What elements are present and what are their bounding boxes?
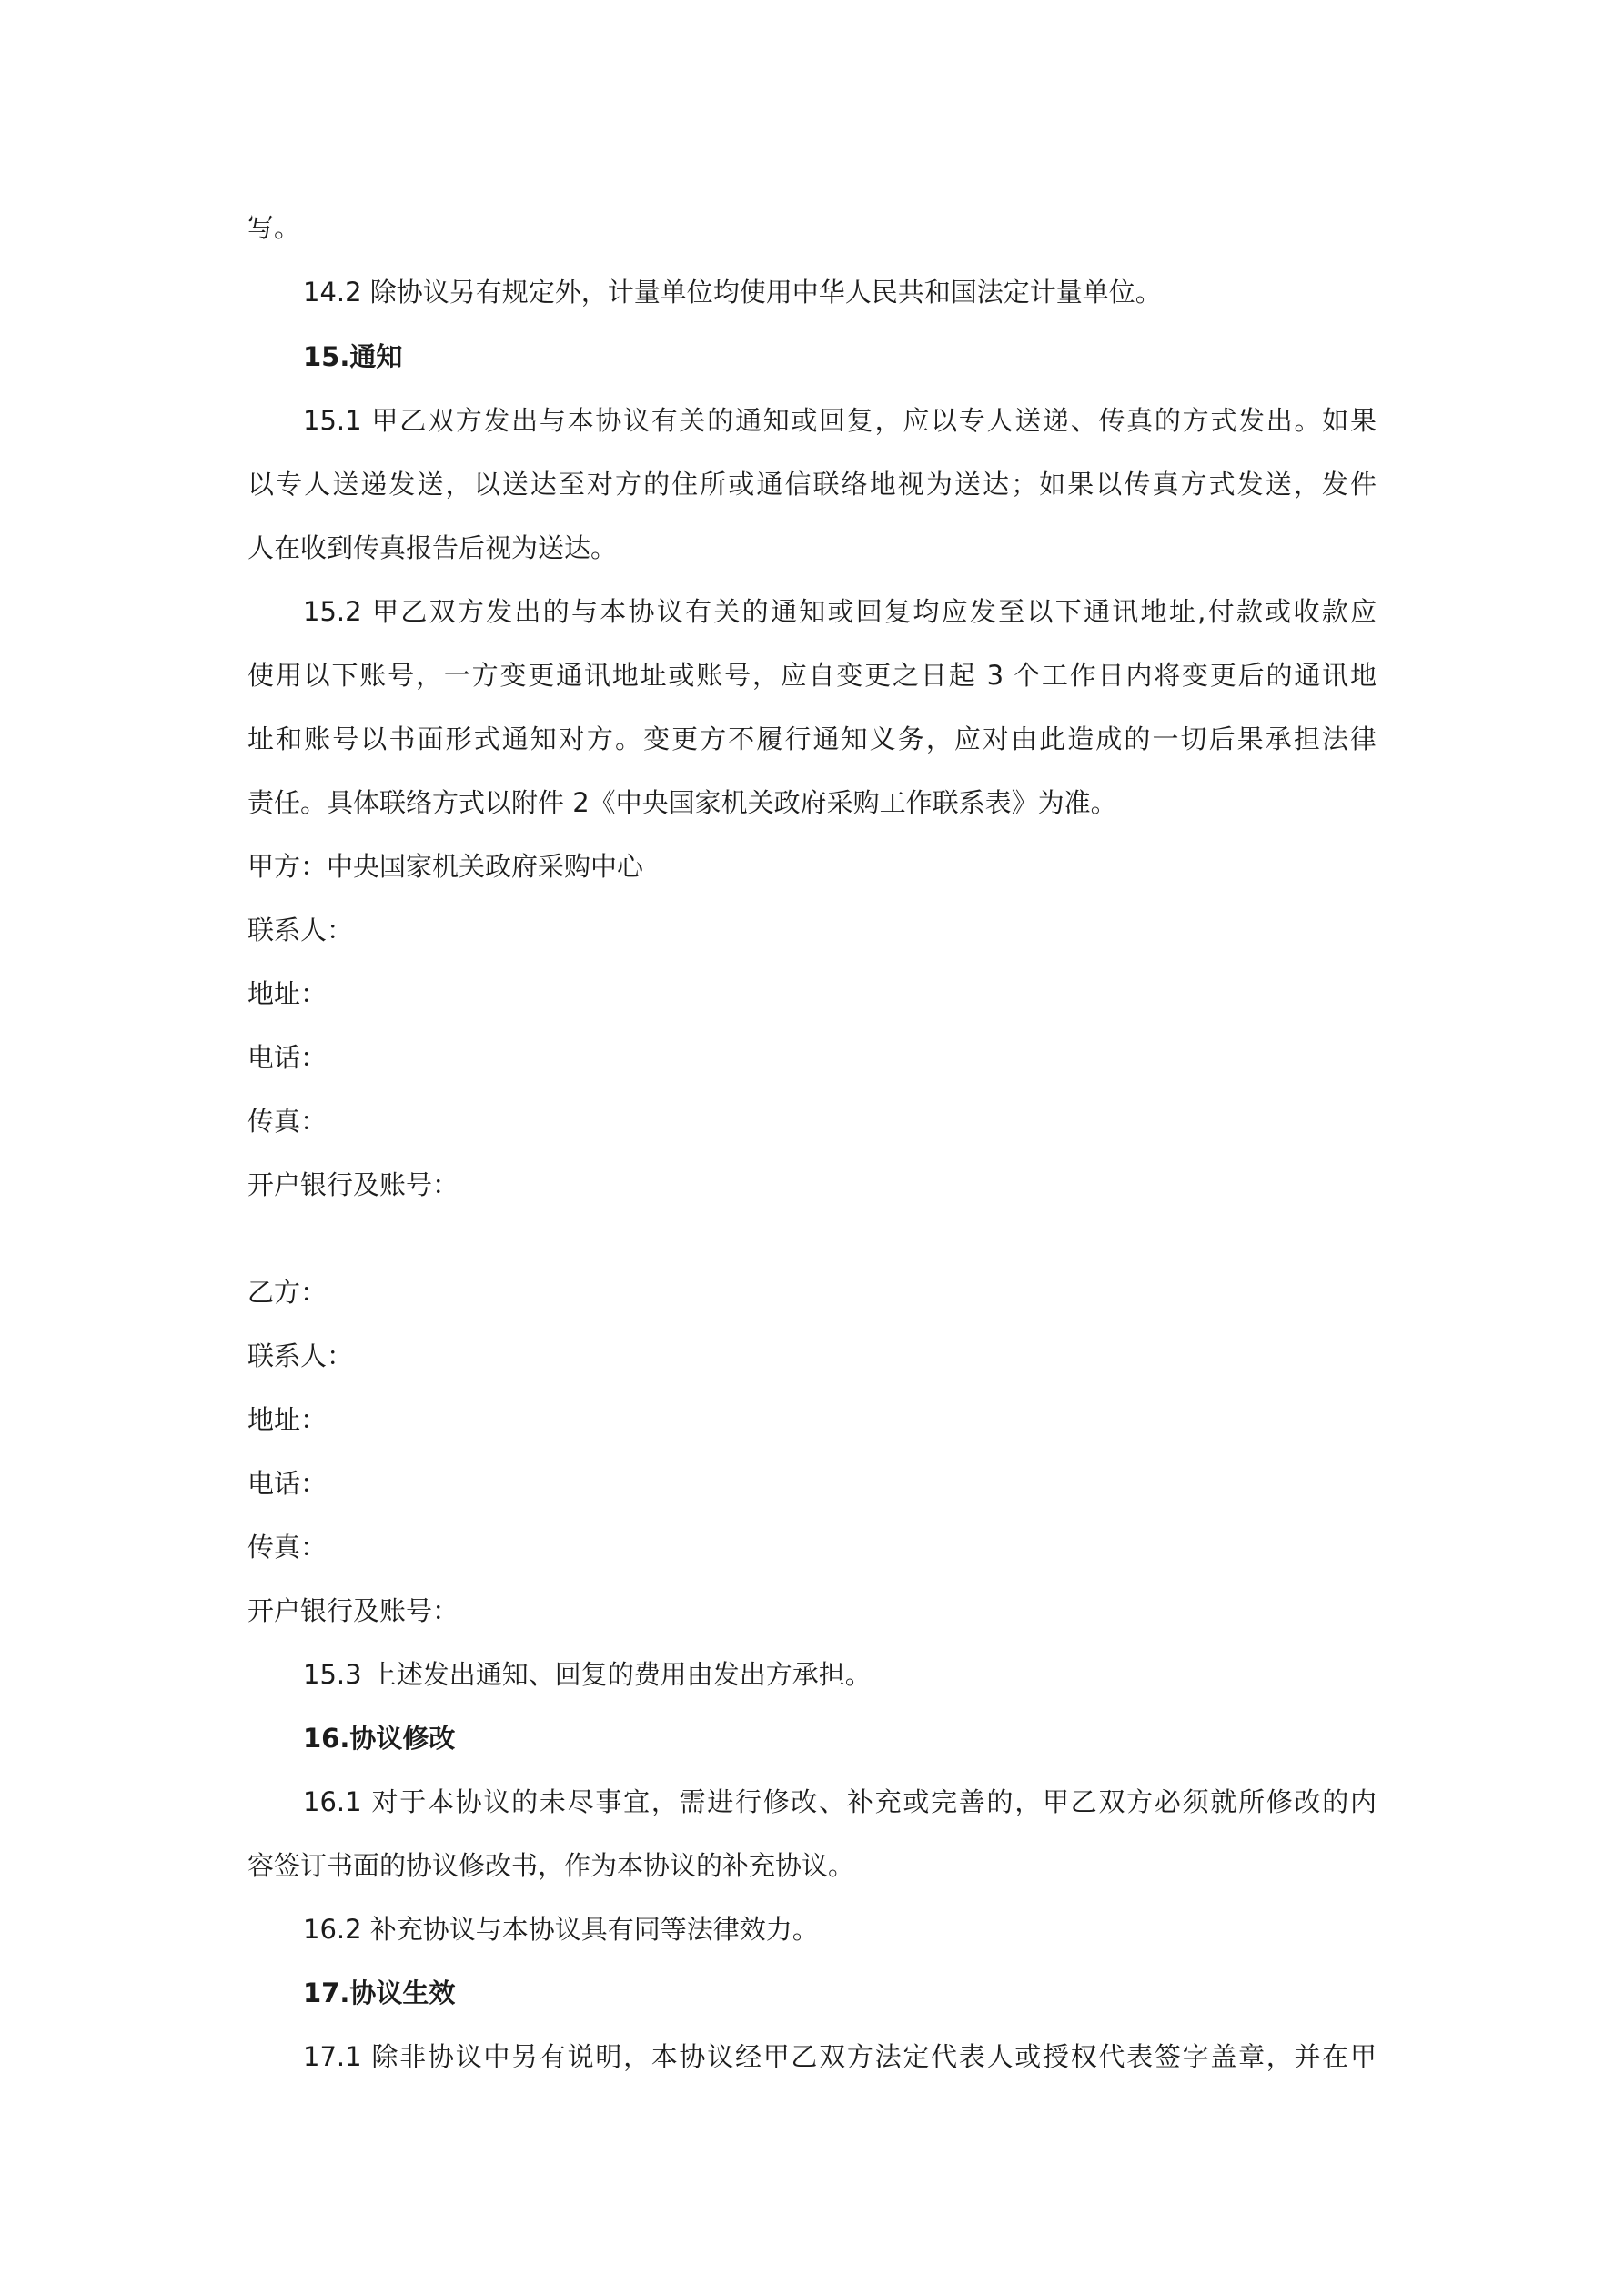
paragraph-continuation: 写。 [247, 196, 1377, 259]
clause-15-1-line-1: 15.1 甲乙双方发出与本协议有关的通知或回复，应以专人送递、传真的方式发出。如… [303, 389, 1377, 452]
clause-15-1-line-3: 人在收到传真报告后视为送达。 [247, 516, 1377, 580]
party-b-name: 乙方： [247, 1260, 1377, 1324]
party-b-contact-label: 联系人： [247, 1324, 1377, 1388]
party-a-name: 甲方：中央国家机关政府采购中心 [247, 834, 1377, 898]
clause-15-1-line-2: 以专人送递发送，以送达至对方的住所或通信联络地视为送达；如果以传真方式发送，发件 [247, 452, 1377, 516]
clause-15-2-line-2: 使用以下账号，一方变更通讯地址或账号，应自变更之日起 3 个工作日内将变更后的通… [247, 643, 1377, 707]
party-b-address-label: 地址： [247, 1388, 1377, 1451]
clause-14-2: 14.2 除协议另有规定外，计量单位均使用中华人民共和国法定计量单位。 [303, 260, 1377, 324]
clause-15-3: 15.3 上述发出通知、回复的费用由发出方承担。 [303, 1643, 1377, 1706]
clause-15-2-line-4: 责任。具体联络方式以附件 2《中央国家机关政府采购工作联系表》为准。 [247, 771, 1377, 834]
section-heading-16: 16.协议修改 [303, 1706, 1377, 1770]
party-a-phone-label: 电话： [247, 1026, 1377, 1089]
party-a-address-label: 地址： [247, 962, 1377, 1026]
clause-17-1-line-1: 17.1 除非协议中另有说明，本协议经甲乙双方法定代表人或授权代表签字盖章，并在… [303, 2025, 1377, 2089]
clause-16-1-line-2: 容签订书面的协议修改书，作为本协议的补充协议。 [247, 1834, 1377, 1897]
clause-16-1-line-1: 16.1 对于本协议的未尽事宜，需进行修改、补充或完善的，甲乙双方必须就所修改的… [303, 1770, 1377, 1834]
clause-15-2-line-3: 址和账号以书面形式通知对方。变更方不履行通知义务，应对由此造成的一切后果承担法律 [247, 707, 1377, 771]
section-heading-17: 17.协议生效 [303, 1961, 1377, 2025]
party-a-contact-label: 联系人： [247, 898, 1377, 962]
clause-15-2-line-1: 15.2 甲乙双方发出的与本协议有关的通知或回复均应发至以下通讯地址,付款或收款… [303, 580, 1377, 643]
party-b-fax-label: 传真： [247, 1515, 1377, 1579]
party-b-bank-label: 开户银行及账号： [247, 1579, 1377, 1643]
party-b-phone-label: 电话： [247, 1451, 1377, 1515]
document-page: 写。 14.2 除协议另有规定外，计量单位均使用中华人民共和国法定计量单位。 1… [0, 0, 1624, 2296]
party-a-fax-label: 传真： [247, 1089, 1377, 1153]
section-heading-15: 15.通知 [303, 325, 1377, 389]
clause-16-2: 16.2 补充协议与本协议具有同等法律效力。 [303, 1897, 1377, 1961]
party-a-bank-label: 开户银行及账号： [247, 1153, 1377, 1217]
